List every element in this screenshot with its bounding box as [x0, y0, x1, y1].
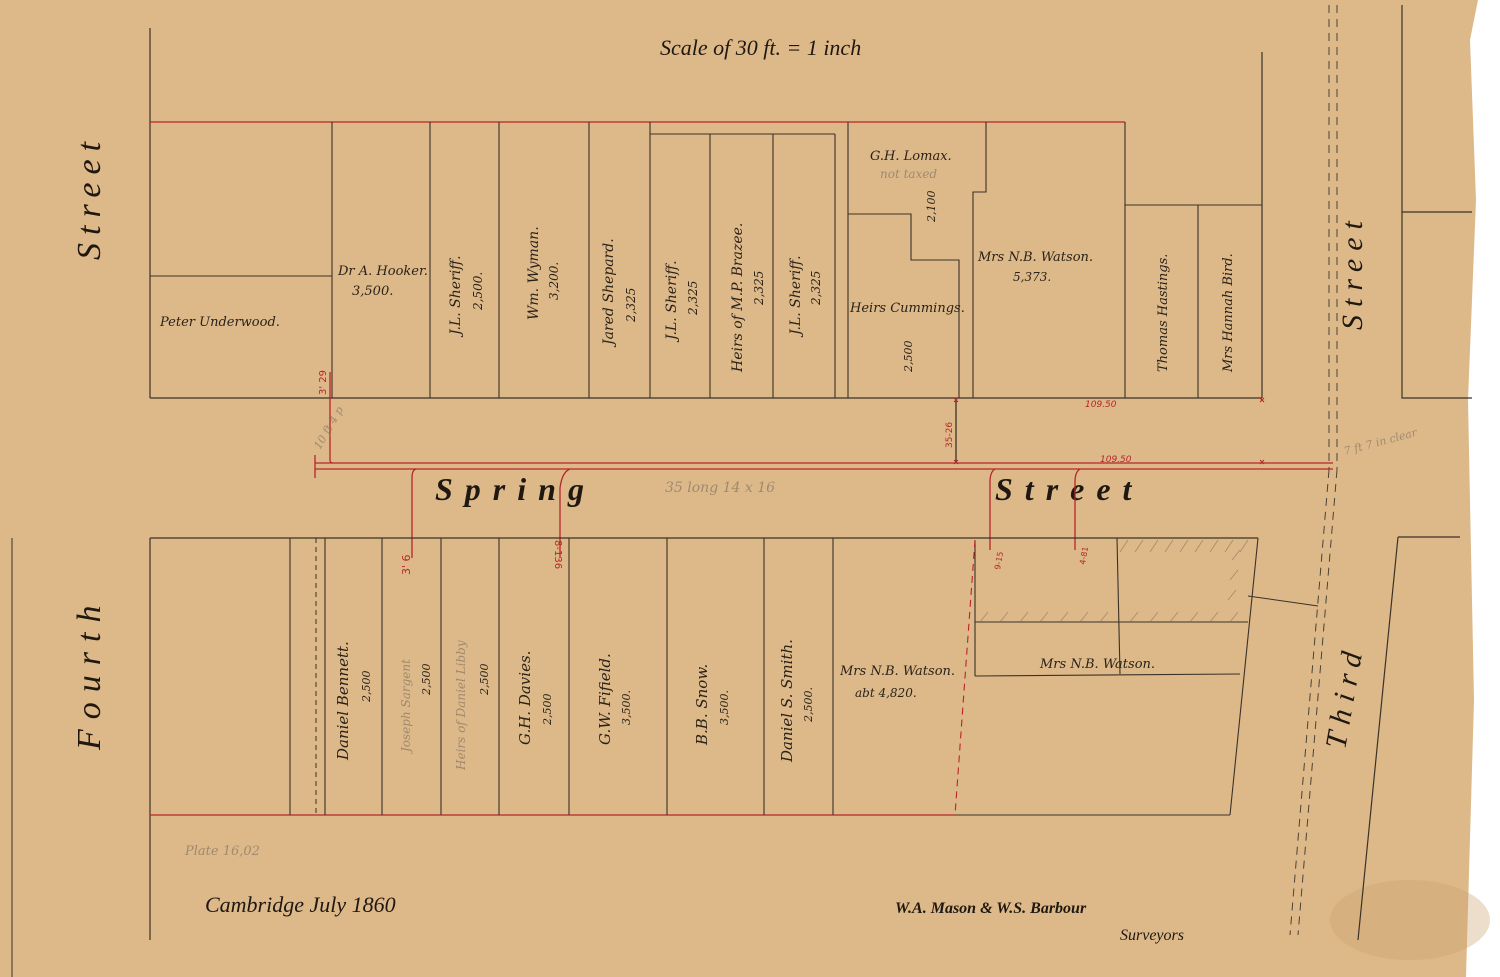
- lot-value: 2,500: [902, 341, 915, 374]
- lot-owner: Dr A. Hooker.: [337, 264, 428, 279]
- lot-value: 5,373.: [1013, 270, 1051, 284]
- lot-value: 3,500.: [352, 284, 393, 299]
- lot-value: 2,325: [686, 281, 700, 316]
- lot-value: 2,100: [925, 191, 938, 224]
- place-date: Cambridge July 1860: [205, 892, 396, 917]
- lot-owner: G.H. Lomax.: [870, 149, 952, 164]
- south-lot-labels: Daniel Bennett. 2,500 Joseph Sargent 2,5…: [334, 639, 1155, 771]
- lot-owner: Heirs of Daniel Libby: [454, 640, 468, 771]
- survey-plan: Scale of 30 ft. = 1 inch Street Fourth S…: [0, 0, 1500, 977]
- lot-value: 2,325: [752, 271, 766, 306]
- measurement-vertical: 35-26: [945, 422, 955, 448]
- lot-owner: G.H. Davies.: [516, 651, 534, 745]
- pencil-note-right: 7 ft 7 in clear: [1342, 426, 1419, 458]
- lot-owner: J.L. Sheriff.: [448, 255, 464, 338]
- fourth-street-label-street: Street: [71, 134, 108, 260]
- lot-owner: Thomas Hastings.: [1156, 254, 1171, 372]
- torn-edge: [1466, 0, 1500, 977]
- lot-owner: Jared Shepard.: [601, 238, 617, 348]
- survey-map-sheet: Scale of 30 ft. = 1 inch Street Fourth S…: [0, 0, 1500, 977]
- lot-owner: Heirs of M.P. Brazee.: [730, 223, 746, 373]
- lot-owner: Heirs Cummings.: [849, 301, 965, 316]
- east-block: [1358, 5, 1472, 940]
- lot-value: 2,325: [624, 288, 638, 323]
- lot-value: 3,500.: [718, 690, 731, 725]
- lot-owner: B.B. Snow.: [693, 664, 711, 746]
- lot-value: 2,500: [420, 664, 433, 697]
- pencil-note-center: 35 long 14 x 16: [665, 480, 775, 496]
- third-street-label-street: Street: [1336, 213, 1369, 330]
- north-block: [150, 52, 1262, 398]
- lot-owner: G.W. Fifield.: [596, 653, 614, 745]
- lot-owner: Peter Underwood.: [159, 315, 280, 330]
- lot-value: 2,500.: [802, 687, 815, 723]
- fourth-street-label-fourth: Fourth: [71, 596, 108, 751]
- south-block: [150, 538, 1318, 815]
- hatching: [980, 540, 1248, 622]
- north-lot-labels: Peter Underwood. Dr A. Hooker. 3,500. J.…: [159, 149, 1236, 373]
- lot-value: 3,500.: [620, 690, 633, 725]
- lot-owner: Mrs N.B. Watson.: [1039, 657, 1155, 672]
- spring-street-label-street: Street: [995, 471, 1143, 507]
- surveyors-role: Surveyors: [1120, 927, 1184, 944]
- lot-value: 2,500: [360, 671, 373, 704]
- spring-street-red-lines: [315, 372, 1333, 558]
- measurement-south-drop-3: 9-15: [993, 551, 1005, 570]
- stain: [1330, 880, 1490, 960]
- lot-owner: Joseph Sargent: [399, 659, 413, 755]
- lot-owner: J.L. Sheriff.: [788, 255, 804, 338]
- lot-owner: Mrs N.B. Watson.: [977, 250, 1093, 265]
- lot-value: 3,200.: [547, 262, 561, 300]
- measurement-center: 109.50: [1100, 455, 1132, 465]
- spring-street-label-spring: Spring: [435, 471, 596, 507]
- lot-owner: Mrs Hannah Bird.: [1221, 253, 1236, 373]
- measurement-left-drop: 3' 29: [318, 370, 329, 395]
- third-street-dashed: [1290, 5, 1337, 935]
- third-street-label-third: Third: [1319, 641, 1370, 751]
- lot-owner: Wm. Wyman.: [526, 226, 542, 320]
- lot-value: 2,500: [541, 694, 554, 727]
- lot-note: not taxed: [880, 167, 937, 181]
- pencil-note-bottom-left: Plate 16,02: [184, 844, 260, 859]
- lot-value: 2,500.: [471, 272, 485, 311]
- lot-value: 2,500: [478, 664, 491, 697]
- lot-owner: J.L. Sheriff.: [664, 260, 680, 343]
- lot-owner: Daniel Bennett.: [334, 641, 352, 761]
- measurement-south-drop-1: 3' 6: [400, 554, 413, 575]
- lot-value: 2,325: [809, 271, 823, 306]
- measurement-south-drop-4: 4-81: [1078, 546, 1090, 565]
- lot-owner: Mrs N.B. Watson.: [839, 664, 955, 679]
- surveyors-names: W.A. Mason & W.S. Barbour: [895, 900, 1087, 917]
- lot-value: abt 4,820.: [855, 686, 917, 700]
- pencil-note-left: 10 ft 4 p: [311, 404, 346, 451]
- measurement-top: 109.50: [1085, 400, 1117, 410]
- lot-owner: Daniel S. Smith.: [778, 639, 796, 763]
- measurement-south-drop-2: 8-136: [552, 540, 563, 569]
- map-title: Scale of 30 ft. = 1 inch: [660, 35, 861, 60]
